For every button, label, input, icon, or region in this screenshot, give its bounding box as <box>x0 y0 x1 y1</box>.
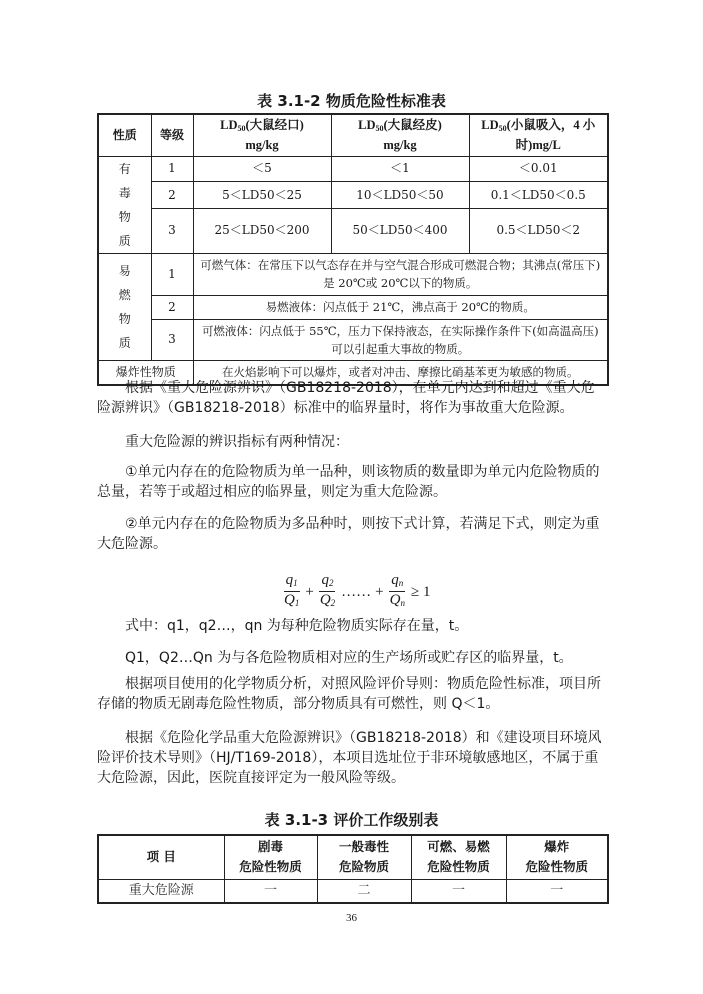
header-item: 项 目 <box>98 835 224 879</box>
header-highly-toxic: 剧毒危险性物质 <box>224 835 317 879</box>
grade-cell: 2 <box>151 295 193 319</box>
inhal-cell: 0.5＜LD50＜2 <box>469 209 608 253</box>
header-dermal: LD50(大鼠经皮)mg/kg <box>331 114 469 156</box>
grade-cell: 1 <box>151 156 193 181</box>
paragraph: 根据《危险化学品重大危险源辨识》（GB18218-2018）和《建设项目环境风险… <box>97 728 607 788</box>
paragraph: ②单元内存在的危险物质为多品种时，则按下式计算，若满足下式，则定为重大危险源。 <box>97 514 607 554</box>
table-row: 有毒物质 1 ＜5 ＜1 ＜0.01 <box>98 156 608 181</box>
oral-cell: 25＜LD50＜200 <box>193 209 331 253</box>
paragraph: 根据项目使用的化学物质分析，对照风险评价导则：物质危险性标准，项目所存储的物质无… <box>97 674 607 714</box>
dermal-cell: ＜1 <box>331 156 469 181</box>
desc-cell: 易燃液体：闪点低于 21℃，沸点高于 20℃的物质。 <box>193 295 608 319</box>
inhal-cell: 0.1＜LD50＜0.5 <box>469 181 608 209</box>
inhal-cell: ＜0.01 <box>469 156 608 181</box>
paragraph: ①单元内存在的危险物质为单一品种，则该物质的数量即为单元内危险物质的总量，若等于… <box>97 462 607 502</box>
level-cell: 一 <box>506 879 608 903</box>
header-oral: LD50(大鼠经口)mg/kg <box>193 114 331 156</box>
grade-cell: 2 <box>151 181 193 209</box>
dermal-cell: 10＜LD50＜50 <box>331 181 469 209</box>
evaluation-level-table: 项 目 剧毒危险性物质 一般毒性危险物质 可燃、易燃危险性物质 爆炸危险性物质 … <box>97 834 609 904</box>
table-header-row: 项 目 剧毒危险性物质 一般毒性危险物质 可燃、易燃危险性物质 爆炸危险性物质 <box>98 835 608 879</box>
header-flammable: 可燃、易燃危险性物质 <box>411 835 506 879</box>
paragraph: 重大危险源的辨识指标有两种情况： <box>97 432 607 452</box>
paragraph: Q1，Q2…Qn 为与各危险物质相对应的生产场所或贮存区的临界量，t。 <box>97 648 607 668</box>
table-row: 重大危险源 一 二 一 一 <box>98 879 608 903</box>
header-general-toxic: 一般毒性危险物质 <box>317 835 411 879</box>
table-row: 3 可燃液体：闪点低于 55℃，压力下保持液态，在实际操作条件下(如高温高压)可… <box>98 319 608 360</box>
paragraph: 式中：q1，q2…，qn 为每种危险物质实际存在量，t。 <box>97 616 607 636</box>
row-label: 重大危险源 <box>98 879 224 903</box>
level-cell: 一 <box>224 879 317 903</box>
oral-cell: 5＜LD50＜25 <box>193 181 331 209</box>
hazard-standard-table: 性质 等级 LD50(大鼠经口)mg/kg LD50(大鼠经皮)mg/kg LD… <box>97 113 609 386</box>
table-row: 3 25＜LD50＜200 50＜LD50＜400 0.5＜LD50＜2 <box>98 209 608 253</box>
table-row: 易燃物质 1 可燃气体：在常压下以气态存在并与空气混合形成可燃混合物；其沸点(常… <box>98 253 608 295</box>
page-number: 36 <box>0 912 703 924</box>
level-cell: 二 <box>317 879 411 903</box>
desc-cell: 可燃液体：闪点低于 55℃，压力下保持液态，在实际操作条件下(如高温高压)可以引… <box>193 319 608 360</box>
toxic-label: 有毒物质 <box>98 156 151 253</box>
hazard-formula: q1Q1 + q2Q2 …… + qnQn ≥ 1 <box>280 572 432 612</box>
header-nature: 性质 <box>98 114 151 156</box>
flammable-label: 易燃物质 <box>98 253 151 360</box>
grade-cell: 1 <box>151 253 193 295</box>
header-inhalation: LD50(小鼠吸入，4 小时)mg/L <box>469 114 608 156</box>
header-grade: 等级 <box>151 114 193 156</box>
desc-cell: 可燃气体：在常压下以气态存在并与空气混合形成可燃混合物；其沸点(常压下)是 20… <box>193 253 608 295</box>
grade-cell: 3 <box>151 319 193 360</box>
table-row: 2 易燃液体：闪点低于 21℃，沸点高于 20℃的物质。 <box>98 295 608 319</box>
dermal-cell: 50＜LD50＜400 <box>331 209 469 253</box>
table-row: 2 5＜LD50＜25 10＜LD50＜50 0.1＜LD50＜0.5 <box>98 181 608 209</box>
table1-caption: 表 3.1-2 物质危险性标准表 <box>0 90 703 111</box>
table2-caption: 表 3.1-3 评价工作级别表 <box>0 809 703 830</box>
header-explosive: 爆炸危险性物质 <box>506 835 608 879</box>
oral-cell: ＜5 <box>193 156 331 181</box>
table-header-row: 性质 等级 LD50(大鼠经口)mg/kg LD50(大鼠经皮)mg/kg LD… <box>98 114 608 156</box>
paragraph: 根据《重大危险源辨识》（GB18218-2018），在单元内达到和超过《重大危险… <box>97 378 607 418</box>
grade-cell: 3 <box>151 209 193 253</box>
level-cell: 一 <box>411 879 506 903</box>
